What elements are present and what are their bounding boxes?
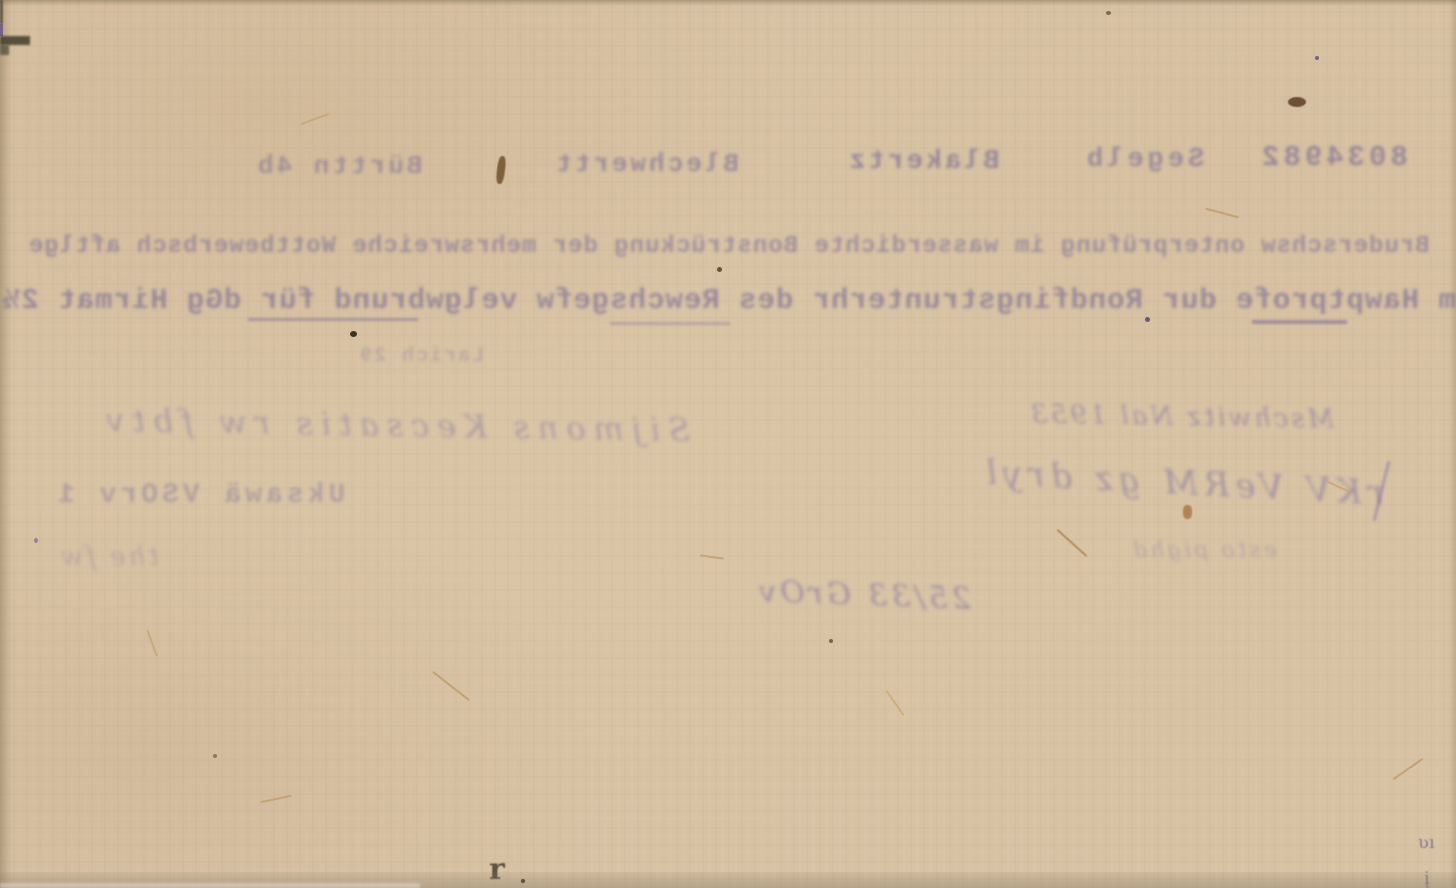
paper-fiber [1393, 758, 1424, 780]
speck [213, 754, 217, 758]
paper-fiber [886, 690, 905, 716]
ink-bleed-line5-left: Sijmons Kecsatis rw fbtv [98, 401, 691, 449]
scan-edge-left [0, 0, 12, 888]
ink-bleed-line7: 25/33 GrOv [754, 574, 971, 617]
paper-fiber [1056, 529, 1087, 557]
pen-mark-vertical-bar [0, 0, 3, 24]
pen-mark-corner-scribble-1: ʋı [1418, 832, 1435, 853]
ink-bleed-line6-left: Uksawä VSOrv 1 [54, 480, 345, 511]
paper-fiber [700, 554, 724, 559]
speck [1145, 317, 1150, 322]
speck [1183, 505, 1192, 519]
ink-bleed-underline-2 [610, 322, 730, 325]
ink-bleed-line5-right: Mschwitz Nal 1953 [1028, 399, 1335, 434]
dark-mark-top-left-1 [0, 36, 30, 45]
paper-fiber [260, 795, 292, 804]
paper-fiber [1205, 208, 1238, 219]
ink-bleed-line1-number: 8034982 [1258, 141, 1408, 174]
scanned-paper-back: Bürttn 4b Blechwertt Blakertz Segelb 803… [0, 0, 1456, 888]
paper-fiber [146, 630, 157, 657]
pen-mark-top-tick [0, 24, 3, 36]
ink-bleed-slash-stroke [1373, 461, 1391, 522]
ink-bleed-line6b-left-faint: the fw [58, 542, 159, 572]
ink-bleed-line4-faint: Larich 29 [358, 345, 484, 368]
scan-edge-bottom-light-sliver [0, 883, 420, 888]
ink-bleed-line1-seg3: Blakertz [846, 147, 1000, 177]
scan-edge-top [0, 0, 1456, 6]
speck [1106, 11, 1111, 15]
paper-fiber [301, 113, 330, 125]
speck [1315, 56, 1319, 60]
speck [495, 156, 506, 185]
paper-fiber [1327, 481, 1351, 494]
ink-bleed-line1-seg2: Blechwertt [553, 149, 739, 179]
ink-bleed-line6-right: rKV VeRM gz dryl [979, 452, 1385, 513]
ink-bleed-line1-seg4: Segelb [1083, 145, 1204, 175]
speck [829, 639, 833, 643]
speck [350, 331, 357, 337]
scan-edge-right [1448, 0, 1456, 888]
ink-bleed-line6b-right-faint: esto pighd [1130, 538, 1277, 563]
speck [717, 267, 722, 272]
speck [1288, 97, 1306, 107]
ink-bleed-line1-seg1: Bürttn 4b [255, 151, 422, 181]
paper-fiber [432, 671, 469, 701]
ink-bleed-underline-3 [1252, 320, 1347, 324]
ink-bleed-line3: Zum Hawptprofe dur Rondfingstrunterhr de… [2, 284, 1456, 317]
ink-bleed-line2: Bruderschsw onterprüfung im wasserdichte… [28, 233, 1430, 260]
dark-mark-top-left-2 [0, 45, 9, 55]
ink-bleed-underline-1 [248, 318, 418, 321]
speck [34, 538, 38, 543]
